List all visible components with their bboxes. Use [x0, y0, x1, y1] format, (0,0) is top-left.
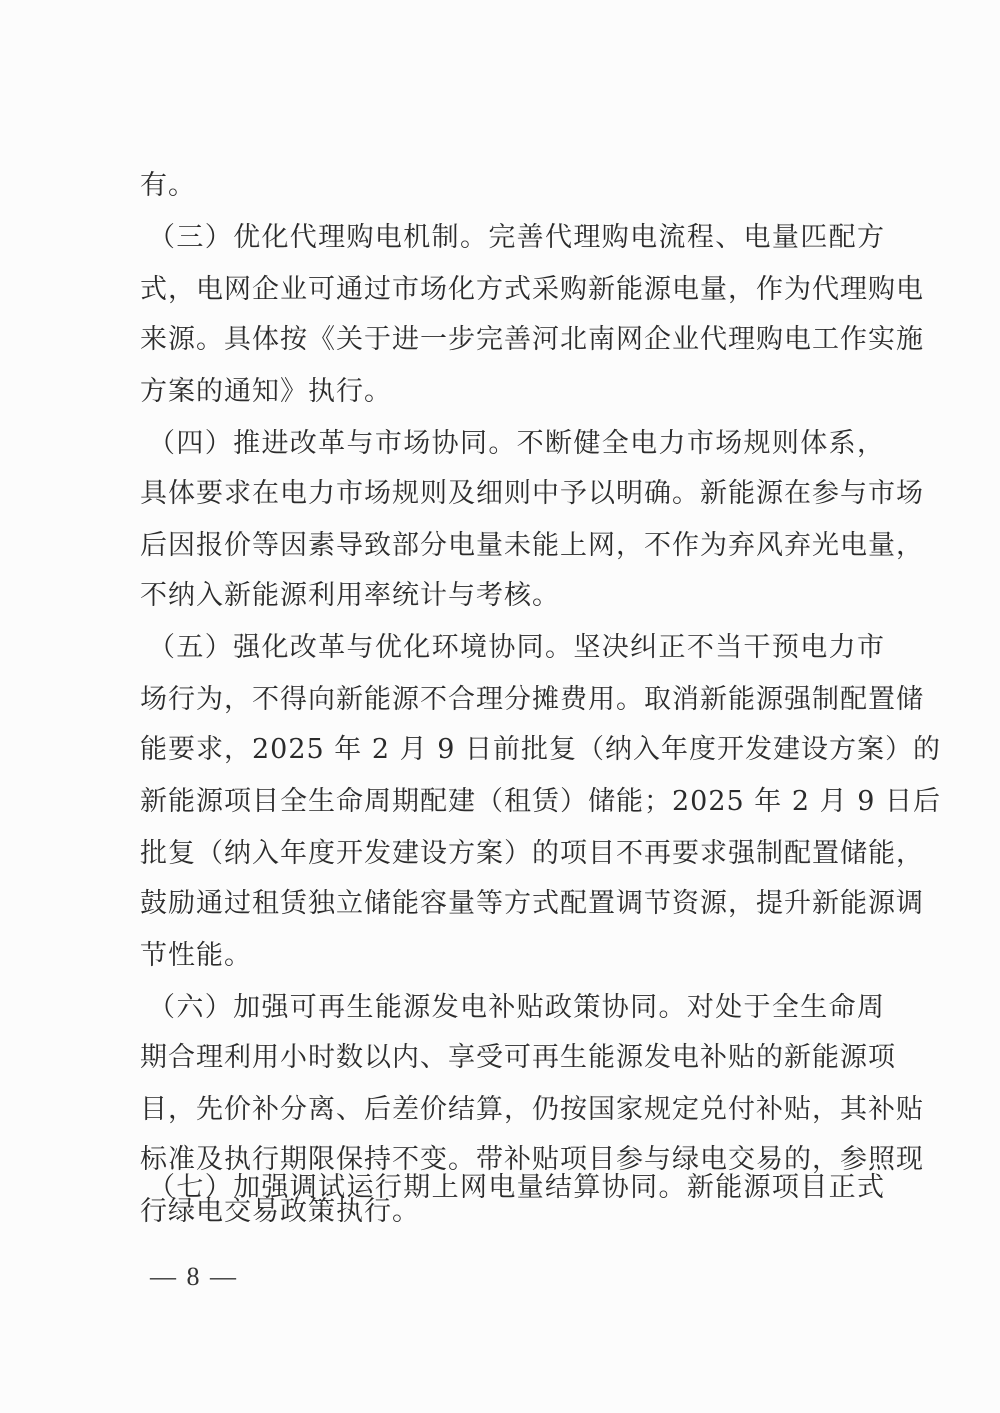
text-line: 新能源项目全生命周期配建（租赁）储能；2025 年 2 月 9 日后	[140, 781, 885, 823]
text-line: （六）加强可再生能源发电补贴政策协同。对处于全生命周	[148, 987, 885, 1029]
page-number: — 8 —	[150, 1262, 238, 1292]
text-line: 批复（纳入年度开发建设方案）的项目不再要求强制配置储能，	[140, 833, 885, 875]
text-line: 后因报价等因素导致部分电量未能上网，不作为弃风弃光电量，	[140, 525, 885, 567]
text-line: （四）推进改革与市场协同。不断健全电力市场规则体系，	[148, 423, 885, 465]
text-line: 具体要求在电力市场规则及细则中予以明确。新能源在参与市场	[140, 473, 885, 515]
text-line: 来源。具体按《关于进一步完善河北南网企业代理购电工作实施	[140, 319, 885, 361]
text-line: （三）优化代理购电机制。完善代理购电流程、电量匹配方	[148, 217, 885, 259]
document-page: 有。（三）优化代理购电机制。完善代理购电流程、电量匹配方式，电网企业可通过市场化…	[0, 0, 1000, 1413]
text-line: （五）强化改革与优化环境协同。坚决纠正不当干预电力市	[148, 627, 885, 669]
text-line: 目，先价补分离、后差价结算，仍按国家规定兑付补贴，其补贴	[140, 1089, 885, 1131]
text-line: 期合理利用小时数以内、享受可再生能源发电补贴的新能源项	[140, 1037, 885, 1079]
text-line: 节性能。	[140, 935, 885, 977]
text-line: 不纳入新能源利用率统计与考核。	[140, 575, 885, 617]
text-line: 能要求，2025 年 2 月 9 日前批复（纳入年度开发建设方案）的	[140, 729, 885, 771]
text-line: 有。	[140, 165, 885, 207]
text-line: （七）加强调试运行期上网电量结算协同。新能源项目正式	[148, 1167, 885, 1209]
text-line: 式，电网企业可通过市场化方式采购新能源电量，作为代理购电	[140, 269, 885, 311]
text-line: 方案的通知》执行。	[140, 371, 885, 413]
text-line: 鼓励通过租赁独立储能容量等方式配置调节资源，提升新能源调	[140, 883, 885, 925]
text-line: 场行为，不得向新能源不合理分摊费用。取消新能源强制配置储	[140, 679, 885, 721]
